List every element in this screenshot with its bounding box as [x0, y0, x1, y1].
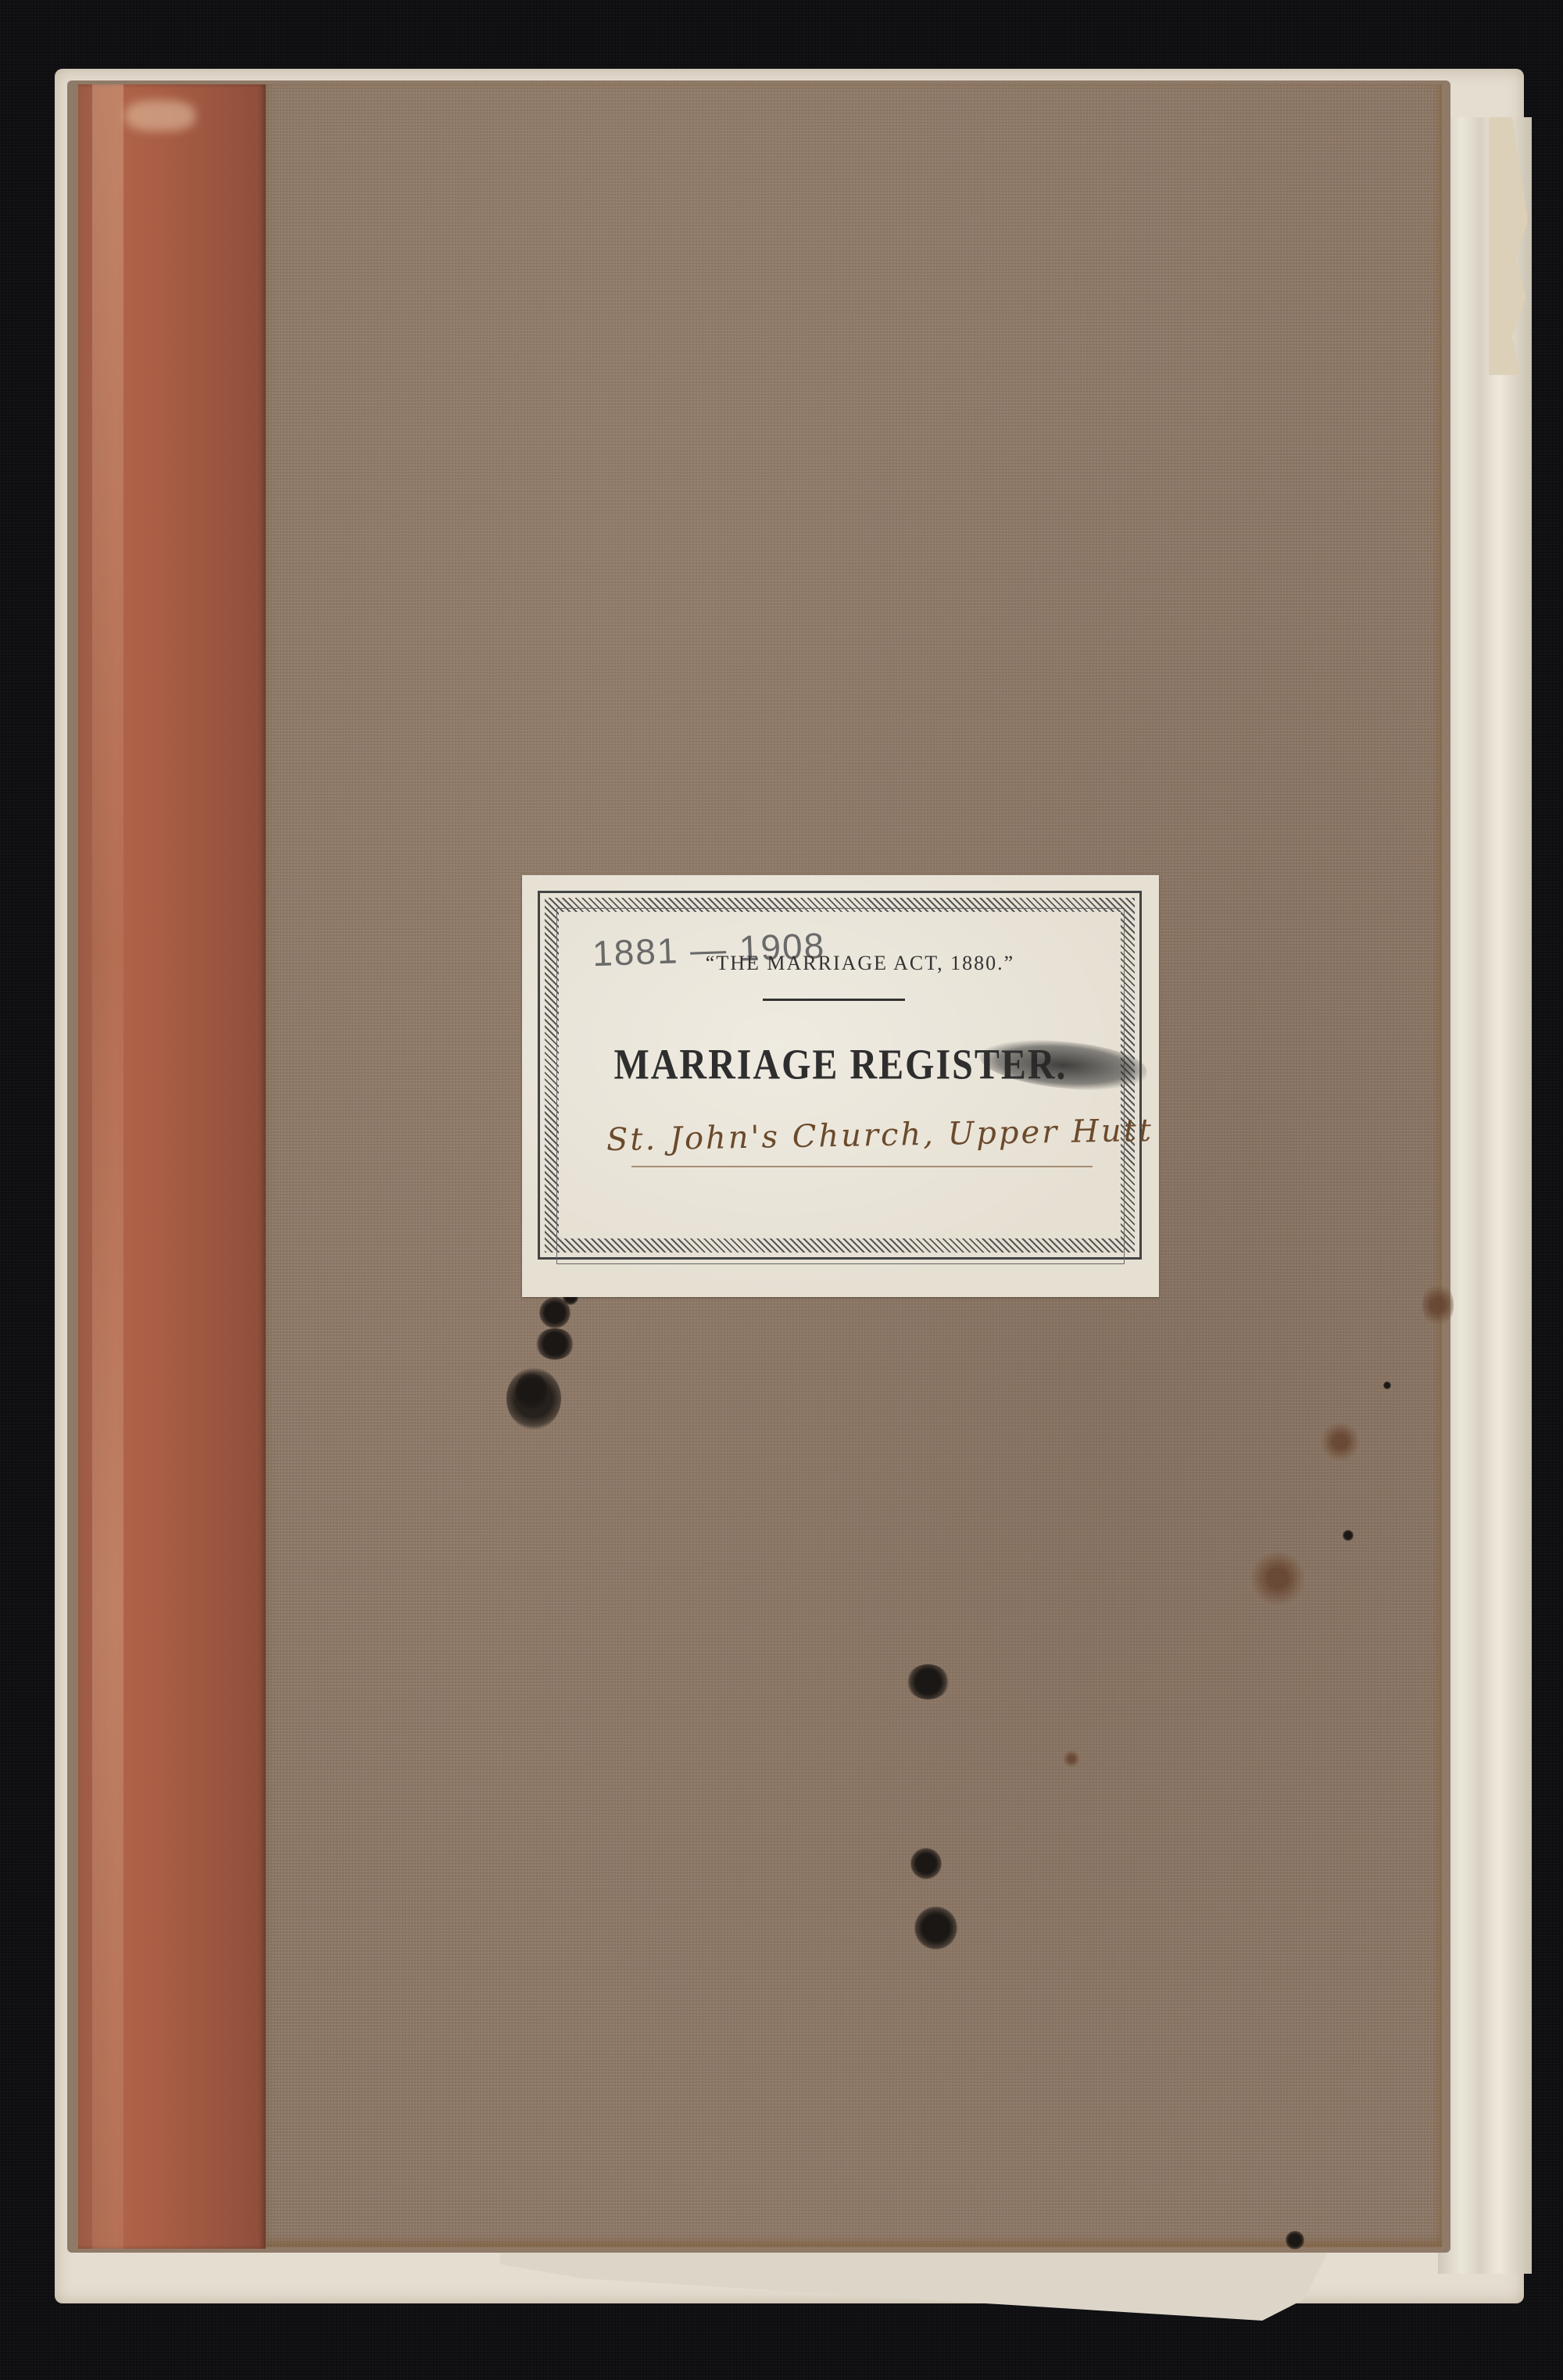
act-title: “THE MARRIAGE ACT, 1880.”: [522, 952, 1159, 975]
brown-stain: [1422, 1281, 1454, 1328]
spine-wear-mark: [125, 100, 195, 131]
ink-splatter: [1286, 2231, 1304, 2250]
ink-splatter: [914, 1907, 957, 1949]
leather-spine: [78, 84, 266, 2249]
handwriting-baseline: [631, 1166, 1093, 1167]
title-rule: [763, 999, 905, 1001]
brown-stain: [1321, 1422, 1360, 1461]
ink-splatter: [506, 1367, 561, 1430]
ink-splatter: [910, 1848, 942, 1879]
ink-dot: [1343, 1530, 1354, 1541]
ink-splatter: [535, 1328, 574, 1360]
brown-stain: [1063, 1750, 1080, 1767]
page-edge-right: [1438, 117, 1532, 2274]
ink-splatter: [907, 1664, 950, 1699]
ink-dot: [1383, 1381, 1391, 1389]
brown-stain: [1250, 1551, 1305, 1606]
